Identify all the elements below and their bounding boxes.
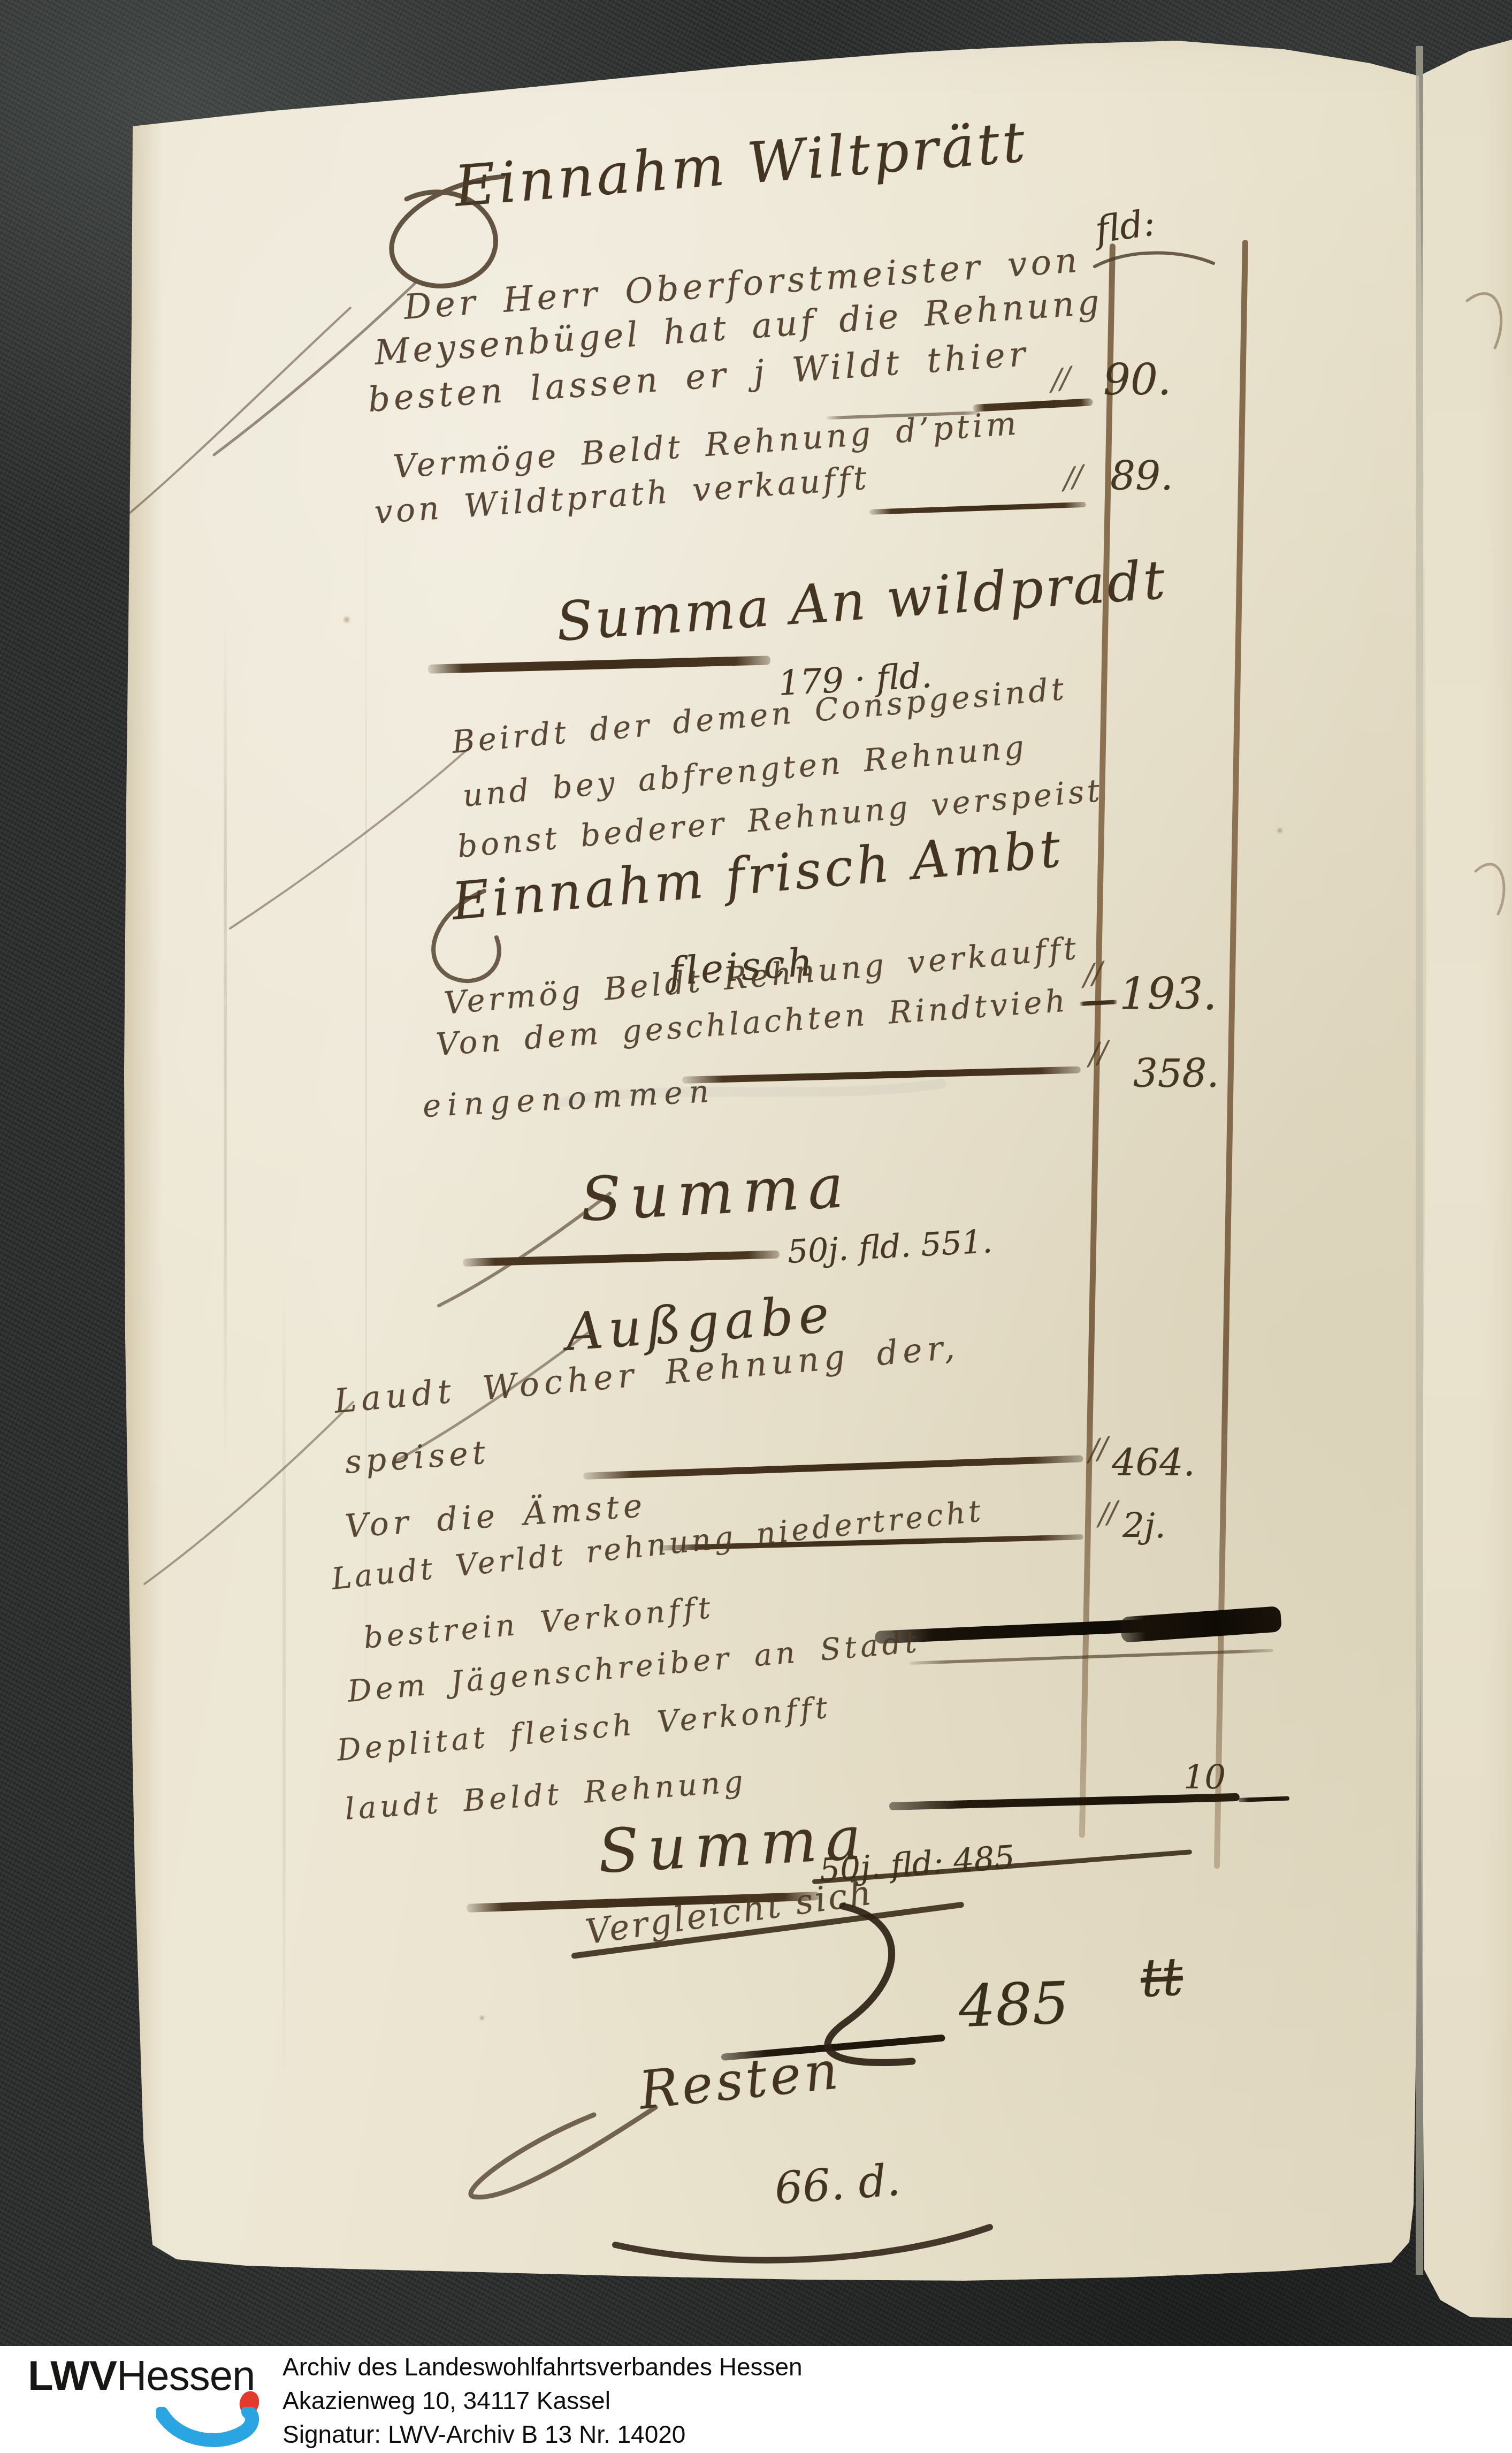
ms-currency-header: fld: <box>1094 206 1158 249</box>
ms-amount: 90. <box>1103 360 1171 400</box>
ink-rule <box>869 502 1086 515</box>
ink-rule <box>1239 1796 1289 1802</box>
foxing-spot <box>342 615 351 624</box>
ms-remainder-amount: 66. d. <box>773 2160 902 2210</box>
ink-rule <box>428 656 770 674</box>
amount-tick <box>1053 367 1069 392</box>
archive-scan: Einnahm Wiltprätt fld: Der Herr Oberfors… <box>0 0 1512 2453</box>
archive-signature: Signatur: LWV-Archiv B 13 Nr. 14020 <box>282 2418 803 2451</box>
ms-entry-line: eingenommen <box>422 1076 716 1121</box>
manuscript-page: Einnahm Wiltprätt fld: Der Herr Oberfors… <box>0 0 1512 2453</box>
paper-crease <box>282 1284 286 2087</box>
ink-rule <box>682 1066 1081 1084</box>
amount-tick <box>1090 1437 1106 1462</box>
ms-entry-line: bestrein Verkonfft <box>363 1594 715 1652</box>
ms-balance-unit: tt <box>1140 1952 1185 2004</box>
logo-lwv-text: LWV <box>28 2352 117 2399</box>
logo-blue-swoosh <box>156 2407 261 2452</box>
ms-summa-label: Summa An wildpradt <box>555 554 1169 647</box>
foxing-spot <box>479 2015 485 2021</box>
ms-entry-line: Deplitat fleisch Verkonfft <box>336 1693 833 1765</box>
archive-name: Archiv des Landeswohlfahrtsverbandes Hes… <box>282 2350 803 2384</box>
archive-address: Akazienweg 10, 34117 Kassel <box>282 2384 803 2418</box>
foxing-spot <box>1276 827 1284 834</box>
lwv-hessen-logo: LWVHessen <box>28 2355 255 2396</box>
ms-amount: 464. <box>1112 1445 1195 1481</box>
ms-balance-amount: 485 <box>958 1976 1070 2035</box>
ink-rule <box>583 1455 1083 1480</box>
ms-amount: 10 <box>1183 1762 1226 1793</box>
page-gutter <box>1416 46 1423 2275</box>
ms-summa-label: Summa <box>579 1157 853 1229</box>
initial-flourish <box>230 746 471 928</box>
amount-tick <box>1090 1041 1106 1066</box>
ms-amount: 193. <box>1119 974 1217 1016</box>
footer-caption-bar: LWVHessen Archiv des Landeswohlfahrtsver… <box>0 2346 1512 2453</box>
amount-tick <box>1065 466 1081 490</box>
ink-rule <box>463 1251 780 1267</box>
ms-title: Einnahm Wiltprätt <box>453 116 1029 214</box>
ms-amount: 358. <box>1133 1055 1219 1092</box>
cancellation-stroke <box>1120 1606 1282 1643</box>
ms-summa-amount: 50j. fld. 551. <box>787 1226 994 1268</box>
ms-entry-line: speiset <box>344 1437 491 1478</box>
ms-amount: 89. <box>1110 458 1173 495</box>
logo-hessen-text: Hessen <box>117 2352 255 2399</box>
paper-crease <box>224 615 227 1472</box>
archive-caption: Archiv des Landeswohlfahrtsverbandes Hes… <box>282 2350 803 2451</box>
ink-rule <box>889 1793 1240 1810</box>
ms-remainder-label: Resten <box>637 2046 843 2116</box>
amount-tick <box>1100 1502 1116 1526</box>
resten-flourish <box>471 2107 655 2197</box>
initial-flourish <box>144 1402 353 1584</box>
ms-amount: 2j. <box>1122 1510 1166 1543</box>
underline-flourish <box>615 2227 990 2260</box>
paper-edge-left <box>124 119 163 2265</box>
swoosh-stroke <box>162 2412 252 2440</box>
